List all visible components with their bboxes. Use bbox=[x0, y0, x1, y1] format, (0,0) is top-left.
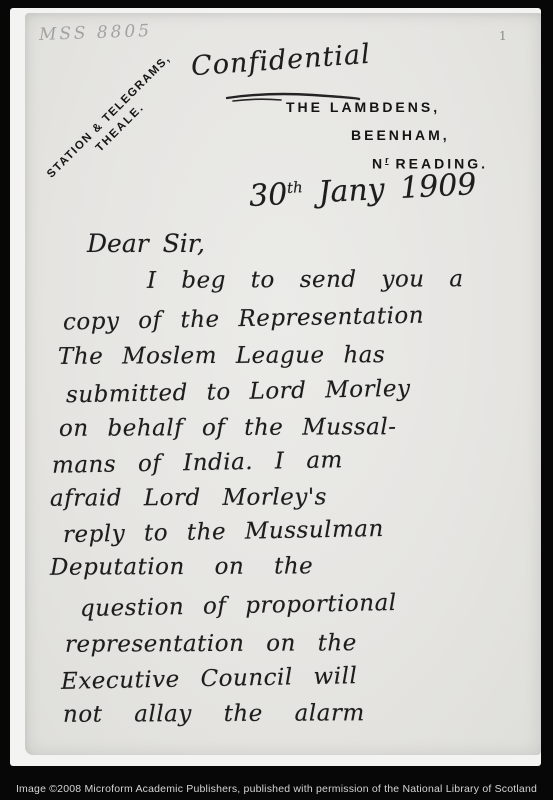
letter-line: submitted to Lord Morley bbox=[66, 376, 411, 409]
letter-line: question of proportional bbox=[80, 590, 397, 622]
date-suffix: th bbox=[286, 178, 303, 197]
letter-line: Executive Council will bbox=[61, 663, 358, 695]
salutation: Dear Sir, bbox=[87, 229, 205, 258]
station-line: STATION & TELEGRAMS, bbox=[38, 46, 180, 188]
page-number: 1 bbox=[499, 29, 507, 43]
date-rest: Jany 1909 bbox=[302, 167, 477, 211]
letter-line: Deputation on the bbox=[50, 553, 313, 580]
letter-line: mans of India. I am bbox=[52, 447, 343, 479]
letterhead-village: BEENHAM, bbox=[351, 127, 450, 143]
letter-line: not allay the alarm bbox=[63, 700, 365, 728]
letter-line: representation on the bbox=[65, 630, 357, 658]
manuscript-number: MSS 8805 bbox=[39, 21, 153, 45]
letter-line: reply to the Mussulman bbox=[63, 516, 384, 548]
near-prefix: N bbox=[372, 156, 385, 172]
scanned-letter-page: MSS 8805 1 STATION & TELEGRAMS, THEALE. … bbox=[0, 0, 553, 800]
station-town: THEALE. bbox=[49, 57, 191, 199]
letter-line: afraid Lord Morley's bbox=[50, 484, 327, 511]
letter-date: 30th Jany 1909 bbox=[248, 167, 477, 214]
letter-line: The Moslem League has bbox=[58, 342, 385, 370]
station-telegrams-letterhead: STATION & TELEGRAMS, THEALE. bbox=[38, 46, 191, 199]
confidential-marking: Confidential bbox=[190, 39, 372, 82]
date-day: 30 bbox=[248, 177, 288, 214]
letter-line: I beg to send you a bbox=[147, 266, 464, 294]
letter-paper: MSS 8805 1 STATION & TELEGRAMS, THEALE. … bbox=[25, 13, 541, 755]
letter-line: copy of the Representation bbox=[63, 303, 425, 336]
letter-line: on behalf of the Mussal- bbox=[59, 414, 397, 442]
copyright-credit: Image ©2008 Microform Academic Publisher… bbox=[0, 783, 553, 795]
letterhead-house: THE LAMBDENS, bbox=[286, 99, 440, 115]
